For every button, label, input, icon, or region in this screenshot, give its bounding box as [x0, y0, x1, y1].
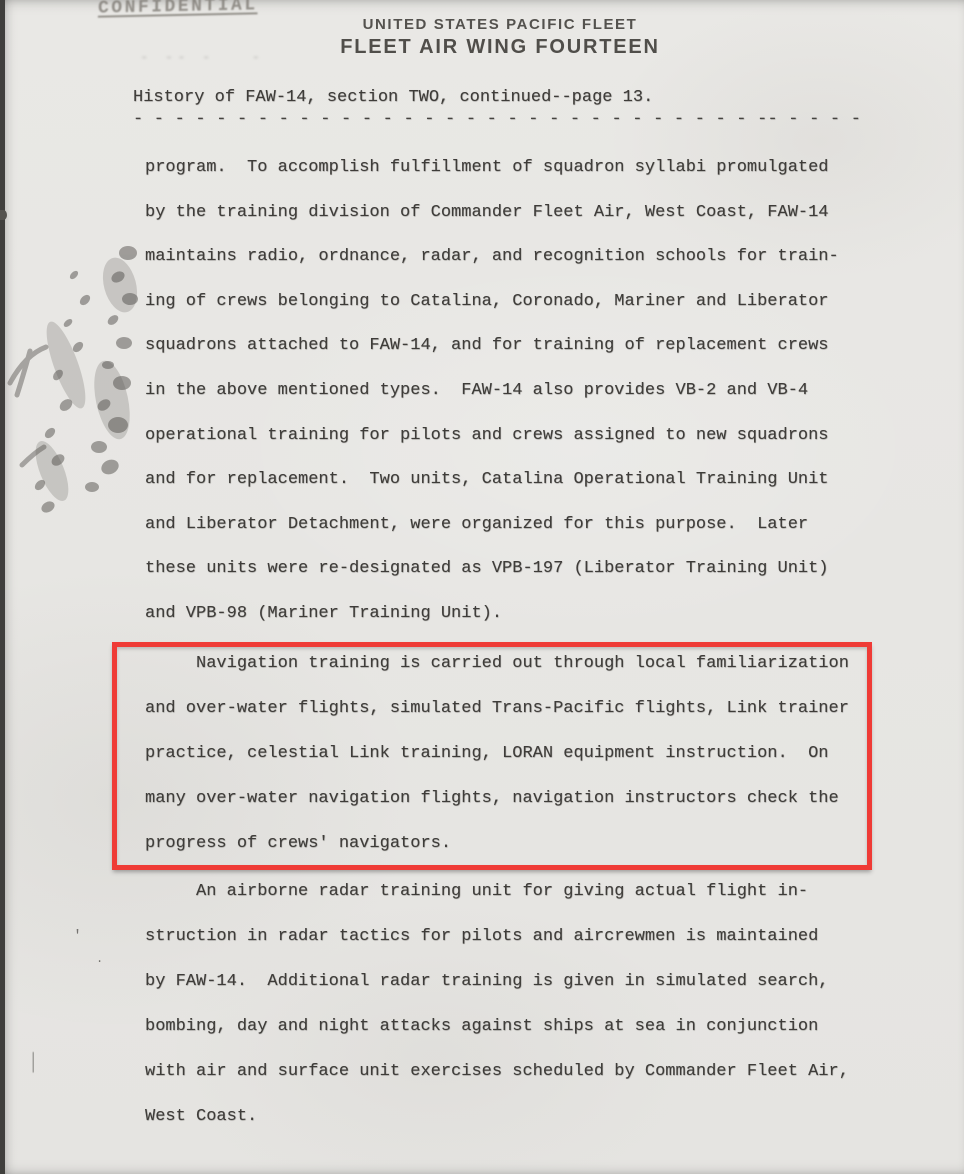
stray-ink-dot: . [96, 952, 103, 966]
typewritten-line: bombing, day and night attacks against s… [145, 1004, 885, 1049]
subject-line: History of FAW-14, section TWO, continue… [133, 88, 653, 107]
stray-pencil-tick: | [29, 1050, 37, 1076]
typewritten-line: operational training for pilots and crew… [145, 414, 885, 459]
typewritten-line: ing of crews belonging to Catalina, Coro… [145, 280, 885, 325]
scan-edge-strip [0, 0, 5, 1174]
typewritten-line: program. To accomplish fulfillment of sq… [145, 146, 885, 191]
typewritten-line: and VPB-98 (Mariner Training Unit). [145, 592, 885, 637]
letterhead-command: UNITED STATES PACIFIC FLEET [130, 16, 870, 33]
typewritten-line: by FAW-14. Additional radar training is … [145, 959, 885, 1004]
typewritten-line: in the above mentioned types. FAW-14 als… [145, 369, 885, 414]
letterhead: UNITED STATES PACIFIC FLEET FLEET AIR WI… [130, 16, 870, 59]
scanned-document-page: CONFIDENTIAL - -- - - UNITED STATES PACI… [0, 0, 964, 1174]
red-highlight-box [112, 642, 872, 870]
paragraph-training-schools: program. To accomplish fulfillment of sq… [145, 146, 885, 637]
dashed-divider: - - - - - - - - - - - - - - - - - - - - … [133, 110, 861, 129]
typewritten-line: by the training division of Commander Fl… [145, 191, 885, 236]
typewritten-line: West Coast. [145, 1094, 885, 1139]
typewritten-line: An airborne radar training unit for givi… [145, 869, 885, 914]
typewritten-line: and Liberator Detachment, were organized… [145, 503, 885, 548]
typewritten-line: maintains radio, ordnance, radar, and re… [145, 235, 885, 280]
typewritten-line: these units were re-designated as VPB-19… [145, 547, 885, 592]
typewritten-line: and for replacement. Two units, Catalina… [145, 458, 885, 503]
letterhead-unit: FLEET AIR WING FOURTEEN [130, 36, 870, 59]
stray-ink-mark: ' [73, 928, 82, 945]
paragraph-radar-training: An airborne radar training unit for givi… [145, 869, 885, 1139]
handwritten-pencil-annotation [0, 215, 150, 525]
typewritten-line: with air and surface unit exercises sche… [145, 1049, 885, 1094]
typewritten-line: struction in radar tactics for pilots an… [145, 914, 885, 959]
typewritten-line: squadrons attached to FAW-14, and for tr… [145, 324, 885, 369]
